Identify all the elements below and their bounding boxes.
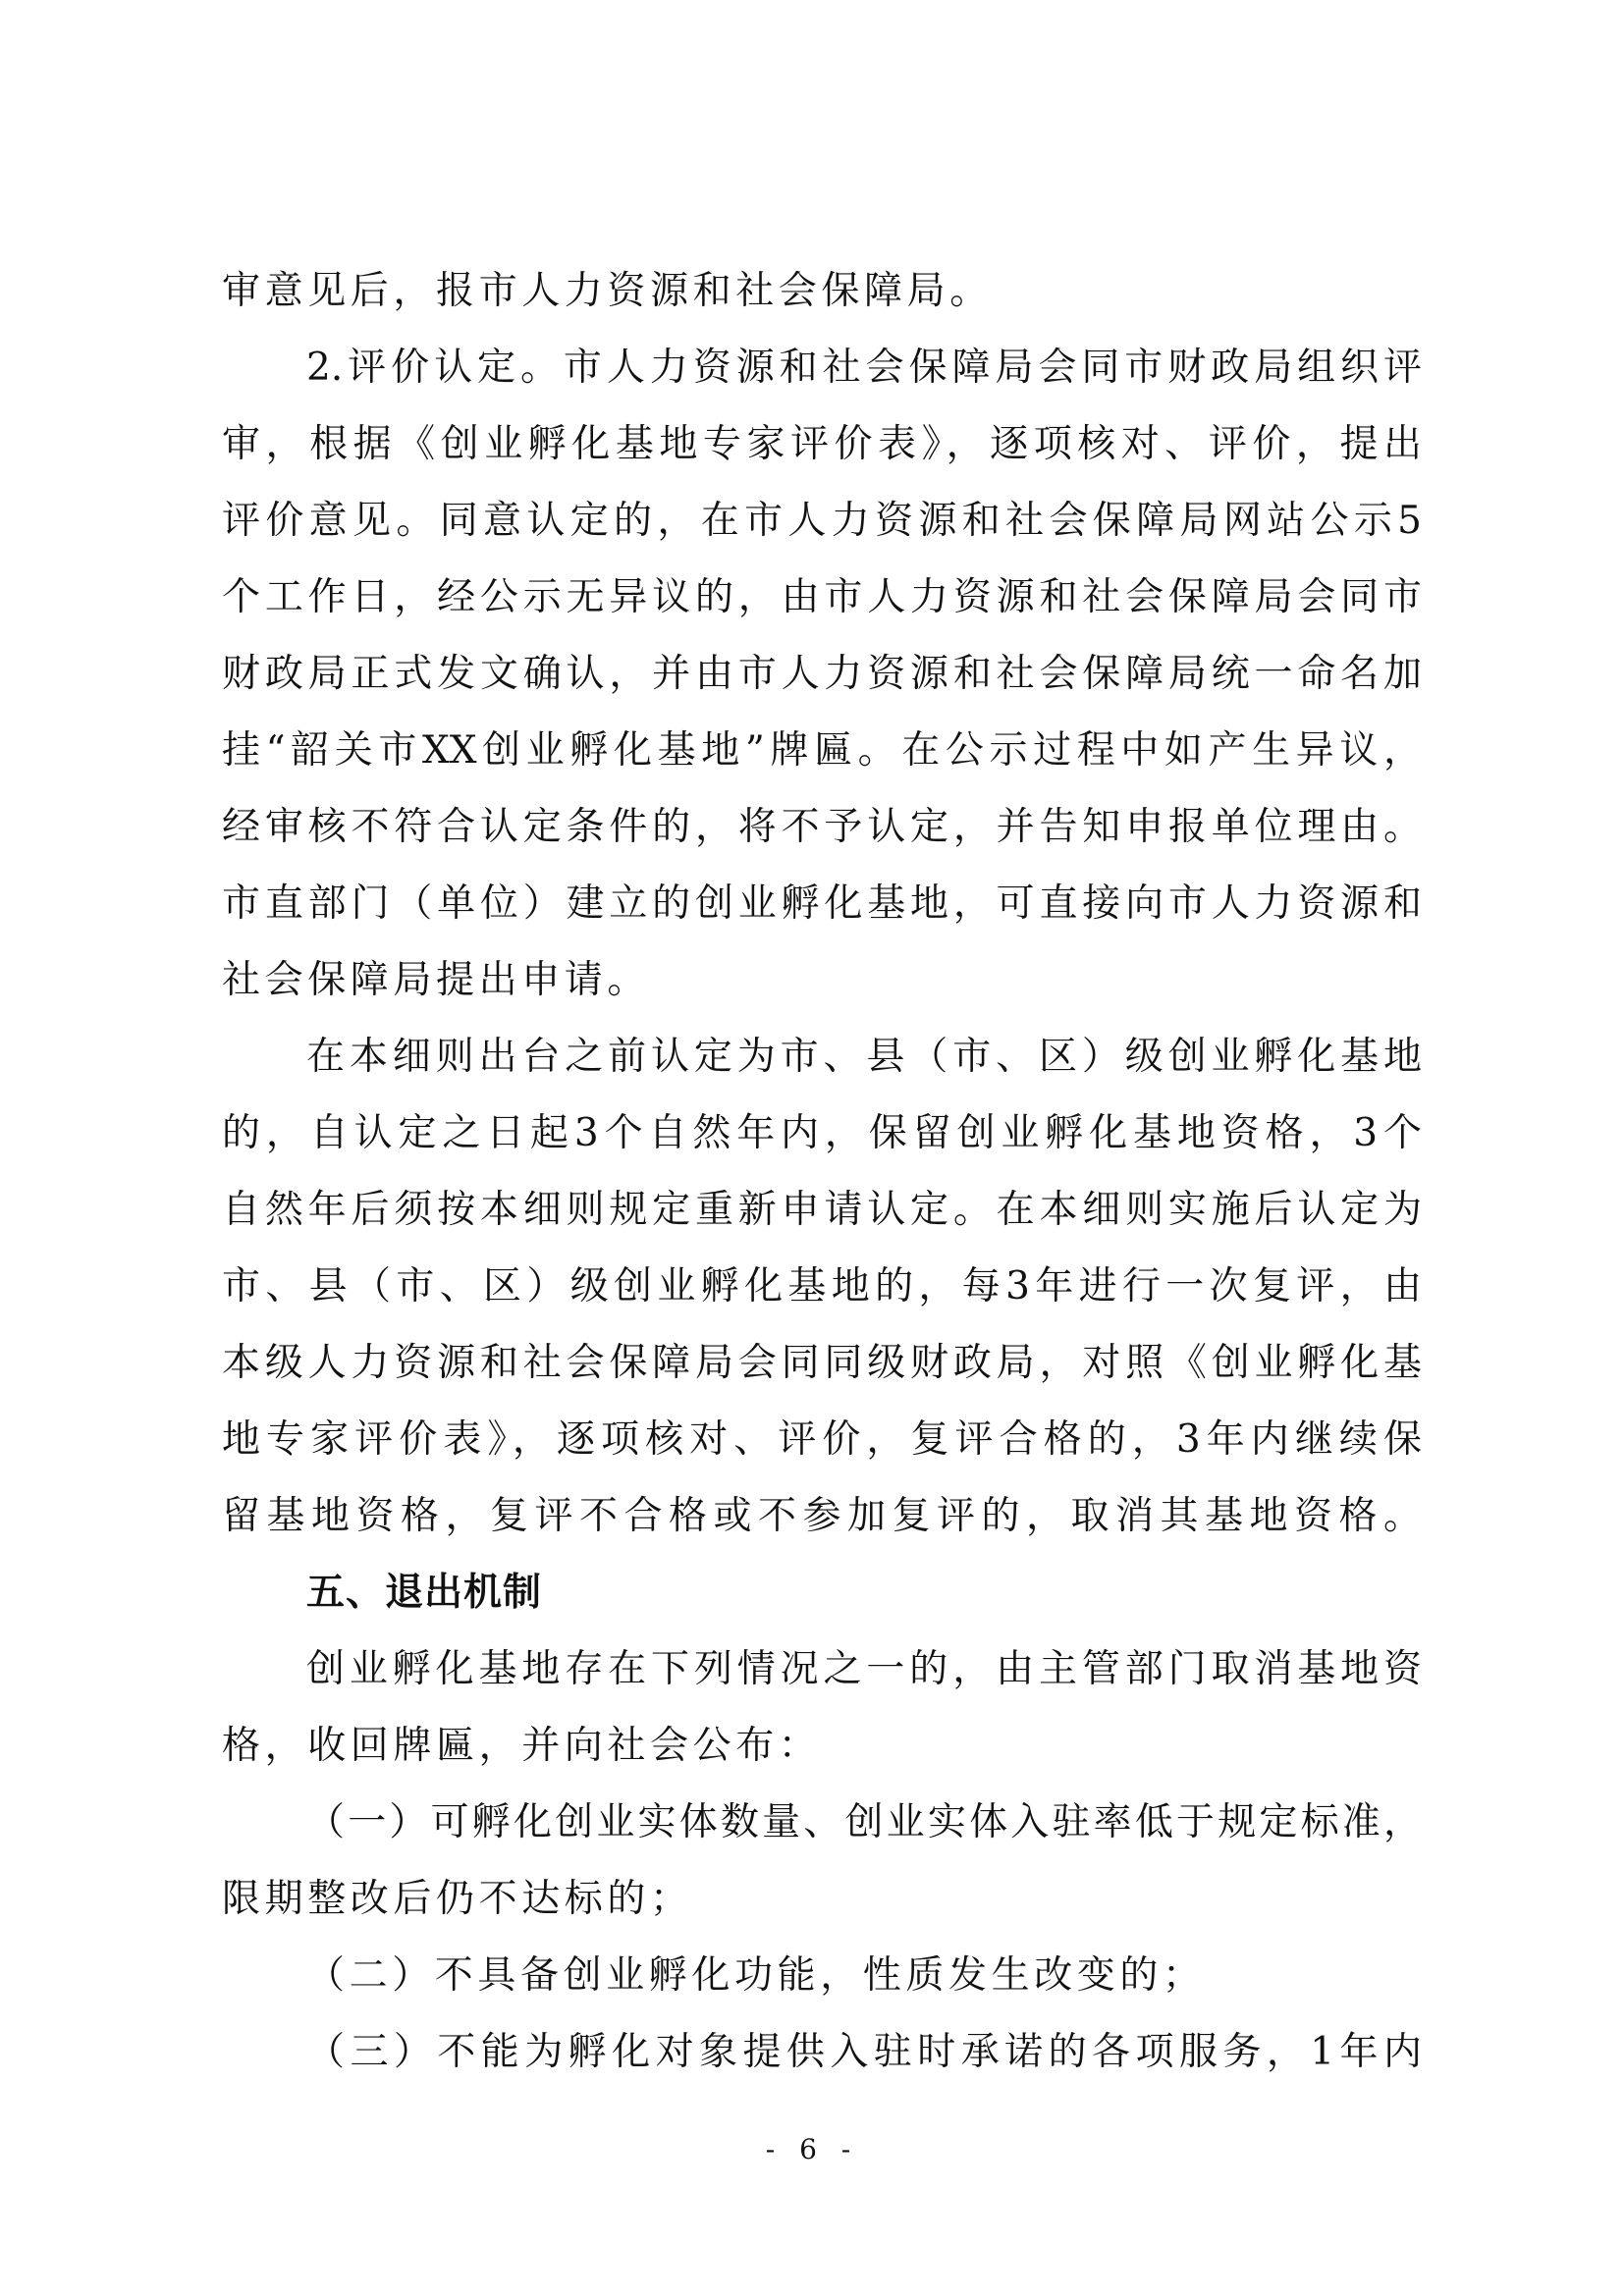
- paragraph-line: 个工作日，经公示无异议的，由市人力资源和社会保障局会同市: [222, 560, 1422, 636]
- paragraph-line: 自然年后须按本细则规定重新申请认定。在本细则实施后认定为: [222, 1172, 1422, 1249]
- paragraph-line: 评价意见。同意认定的，在市人力资源和社会保障局网站公示5: [222, 483, 1422, 560]
- paragraph-line: 2.评价认定。市人力资源和社会保障局会同市财政局组织评: [222, 330, 1422, 406]
- list-item-line: （三）不能为孵化对象提供入驻时承诺的各项服务，1年内: [222, 2014, 1422, 2091]
- paragraph-line: 格，收回牌匾，并向社会公布：: [222, 1708, 1422, 1785]
- paragraph-line: 挂“韶关市XX创业孵化基地”牌匾。在公示过程中如产生异议，: [222, 713, 1422, 789]
- paragraph-line: 经审核不符合认定条件的，将不予认定，并告知申报单位理由。: [222, 789, 1422, 866]
- paragraph-line: 审意见后，报市人力资源和社会保障局。: [222, 253, 1422, 330]
- list-item-line: 限期整改后仍不达标的；: [222, 1861, 1422, 1938]
- paragraph-line: 财政局正式发文确认，并由市人力资源和社会保障局统一命名加: [222, 636, 1422, 713]
- section-heading: 五、退出机制: [222, 1555, 1422, 1631]
- paragraph-line: 的，自认定之日起3个自然年内，保留创业孵化基地资格，3个: [222, 1095, 1422, 1172]
- page-number: - 6 -: [0, 2130, 1624, 2169]
- paragraph-line: 社会保障局提出申请。: [222, 942, 1422, 1019]
- document-page: 审意见后，报市人力资源和社会保障局。 2.评价认定。市人力资源和社会保障局会同市…: [0, 0, 1624, 2296]
- list-item-line: （一）可孵化创业实体数量、创业实体入驻率低于规定标准，: [222, 1785, 1422, 1861]
- paragraph-line: 在本细则出台之前认定为市、县（市、区）级创业孵化基地: [222, 1019, 1422, 1095]
- paragraph-line: 留基地资格，复评不合格或不参加复评的，取消其基地资格。: [222, 1478, 1422, 1555]
- paragraph-line: 市、县（市、区）级创业孵化基地的，每3年进行一次复评，由: [222, 1249, 1422, 1325]
- paragraph-line: 本级人力资源和社会保障局会同同级财政局，对照《创业孵化基: [222, 1325, 1422, 1402]
- paragraph-line: 创业孵化基地存在下列情况之一的，由主管部门取消基地资: [222, 1631, 1422, 1708]
- paragraph-line: 市直部门（单位）建立的创业孵化基地，可直接向市人力资源和: [222, 866, 1422, 942]
- paragraph-line: 审，根据《创业孵化基地专家评价表》，逐项核对、评价，提出: [222, 406, 1422, 483]
- paragraph-line: 地专家评价表》，逐项核对、评价，复评合格的，3年内继续保: [222, 1402, 1422, 1478]
- list-item-line: （二）不具备创业孵化功能，性质发生改变的；: [222, 1938, 1422, 2014]
- document-body: 审意见后，报市人力资源和社会保障局。 2.评价认定。市人力资源和社会保障局会同市…: [222, 253, 1422, 2091]
